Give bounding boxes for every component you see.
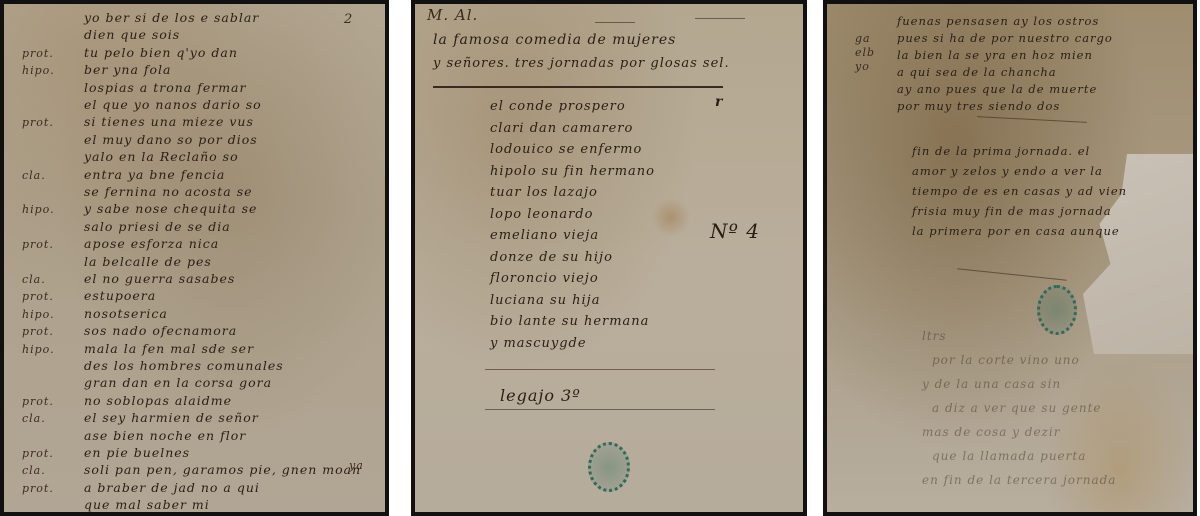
manuscript-line: a qui sea de la chancha: [897, 65, 1057, 79]
manuscript-line: la bien la se yra en hoz mien: [897, 48, 1093, 62]
margin-mark: ga: [855, 32, 871, 45]
cast-member: hipolo su fin hermano: [490, 164, 655, 179]
margin-mark: yo: [855, 60, 870, 73]
speaker-abbrev: hipo.: [22, 203, 55, 216]
speaker-abbrev: cla.: [22, 464, 46, 477]
faded-manuscript-line: ltrs: [922, 329, 947, 343]
manuscript-line: gran dan en la corsa gora: [84, 375, 272, 390]
manuscript-page-1: 2 ya yo ber si de los e sablardien que s…: [0, 0, 389, 516]
manuscript-line: lospias a trona fermar: [84, 80, 247, 95]
manuscript-line: por muy tres siendo dos: [897, 99, 1060, 113]
manuscript-line: frisia muy fin de mas jornada: [912, 204, 1112, 218]
corner-page-mark: 2: [344, 12, 353, 27]
manuscript-line: apose esforza nica: [84, 236, 219, 251]
manuscript-line: mala la fen mal sde ser: [84, 341, 254, 356]
manuscript-line: sos nado ofecnamora: [84, 323, 237, 338]
faded-manuscript-line: que la llamada puerta: [932, 449, 1086, 463]
faded-manuscript-line: en fin de la tercera jornada: [922, 473, 1116, 487]
title-underline: [433, 86, 723, 88]
manuscript-line: salo priesi de se dia: [84, 219, 231, 234]
manuscript-line: nosotserica: [84, 306, 168, 321]
manuscript-line: si tienes una mieze vus: [84, 114, 254, 129]
cast-member: clari dan camarero: [490, 121, 633, 136]
speaker-abbrev: cla.: [22, 412, 46, 425]
manuscript-page-3: fuenas pensasen ay los ostrospues si ha …: [823, 0, 1197, 516]
manuscript-line: pues si ha de por nuestro cargo: [897, 31, 1113, 45]
manuscript-line: a braber de jad no a qui: [84, 480, 260, 495]
shelfmark: M. Al.: [427, 6, 478, 24]
faded-manuscript-line: por la corte vino uno: [932, 353, 1080, 367]
cast-member: donze de su hijo: [490, 250, 613, 265]
speaker-abbrev: cla.: [22, 169, 46, 182]
speaker-abbrev: prot.: [22, 116, 54, 129]
manuscript-line: que mal saber mi: [84, 497, 210, 512]
title-line-2: y señores. tres jornadas por glosas sel.: [433, 56, 730, 71]
manuscript-line: el no guerra sasabes: [84, 271, 235, 286]
speaker-abbrev: hipo.: [22, 64, 55, 77]
title-line-1: la famosa comedia de mujeres: [433, 32, 676, 48]
speaker-abbrev: prot.: [22, 290, 54, 303]
ink-stroke: [957, 268, 1067, 280]
faded-manuscript-line: mas de cosa y dezir: [922, 425, 1060, 439]
margin-number: Nº 4: [710, 219, 760, 243]
manuscript-line: yo ber si de los e sablar: [84, 10, 259, 25]
cast-member: y mascuygde: [490, 336, 587, 351]
manuscript-line: dien que sois: [84, 27, 180, 42]
manuscript-line: ber yna fola: [84, 62, 172, 77]
manuscript-line: ay ano pues que la de muerte: [897, 82, 1097, 96]
manuscript-line: des los hombres comunales: [84, 358, 284, 373]
signature-rule: [485, 409, 715, 410]
faded-manuscript-line: a diz a ver que su gente: [932, 401, 1102, 415]
manuscript-line: fuenas pensasen ay los ostros: [897, 14, 1099, 28]
manuscript-line: la primera por en casa aunque: [912, 224, 1120, 238]
manuscript-line: fin de la prima jornada. el: [912, 144, 1090, 158]
manuscript-line: el que yo nanos dario so: [84, 97, 262, 112]
manuscript-line: y sabe nose chequita se: [84, 201, 257, 216]
manuscript-line: el muy dano so por dios: [84, 132, 258, 147]
manuscript-line: el sey harmien de señor: [84, 410, 259, 425]
speaker-abbrev: hipo.: [22, 308, 55, 321]
signature: legajo 3º: [500, 386, 581, 405]
manuscript-line: estupoera: [84, 288, 156, 303]
manuscript-page-2: M. Al. la famosa comedia de mujeres y se…: [411, 0, 807, 516]
speaker-abbrev: prot.: [22, 395, 54, 408]
cast-member: el conde prospero: [490, 99, 626, 114]
cast-member: luciana su hija: [490, 293, 600, 308]
speaker-abbrev: hipo.: [22, 343, 55, 356]
decorative-rule: [695, 18, 745, 19]
cast-member: lopo leonardo: [490, 207, 593, 222]
margin-mark: elb: [855, 46, 875, 59]
decorative-rule: [595, 22, 635, 23]
library-stamp-icon: [588, 442, 630, 492]
cast-member: tuar los lazajo: [490, 185, 598, 200]
speaker-abbrev: prot.: [22, 47, 54, 60]
cast-member: floroncio viejo: [490, 271, 599, 286]
speaker-abbrev: prot.: [22, 238, 54, 251]
manuscript-line: ase bien noche en flor: [84, 428, 246, 443]
margin-mark: r: [715, 94, 723, 110]
manuscript-line: soli pan pen, garamos pie, gnen moan: [84, 462, 361, 477]
manuscript-line: tu pelo bien q'yo dan: [84, 45, 238, 60]
speaker-abbrev: prot.: [22, 482, 54, 495]
section-divider: [977, 116, 1087, 123]
speaker-abbrev: prot.: [22, 447, 54, 460]
cast-member: lodouico se enfermo: [490, 142, 642, 157]
manuscript-line: tiempo de es en casas y ad vien: [912, 184, 1127, 198]
manuscript-line: yalo en la Reclaño so: [84, 149, 239, 164]
library-stamp-icon: [1037, 285, 1077, 335]
speaker-abbrev: cla.: [22, 273, 46, 286]
manuscript-line: en pie buelnes: [84, 445, 190, 460]
cast-member: emeliano vieja: [490, 228, 599, 243]
manuscript-line: se fernina no acosta se: [84, 184, 253, 199]
manuscript-line: entra ya bne fencia: [84, 167, 225, 182]
speaker-abbrev: prot.: [22, 325, 54, 338]
cast-end-rule: [485, 369, 715, 370]
manuscript-line: amor y zelos y endo a ver la: [912, 164, 1103, 178]
cast-member: bio lante su hermana: [490, 314, 649, 329]
manuscript-line: la belcalle de pes: [84, 254, 212, 269]
manuscript-line: no soblopas alaidme: [84, 393, 232, 408]
faded-manuscript-line: y de la una casa sin: [922, 377, 1061, 391]
